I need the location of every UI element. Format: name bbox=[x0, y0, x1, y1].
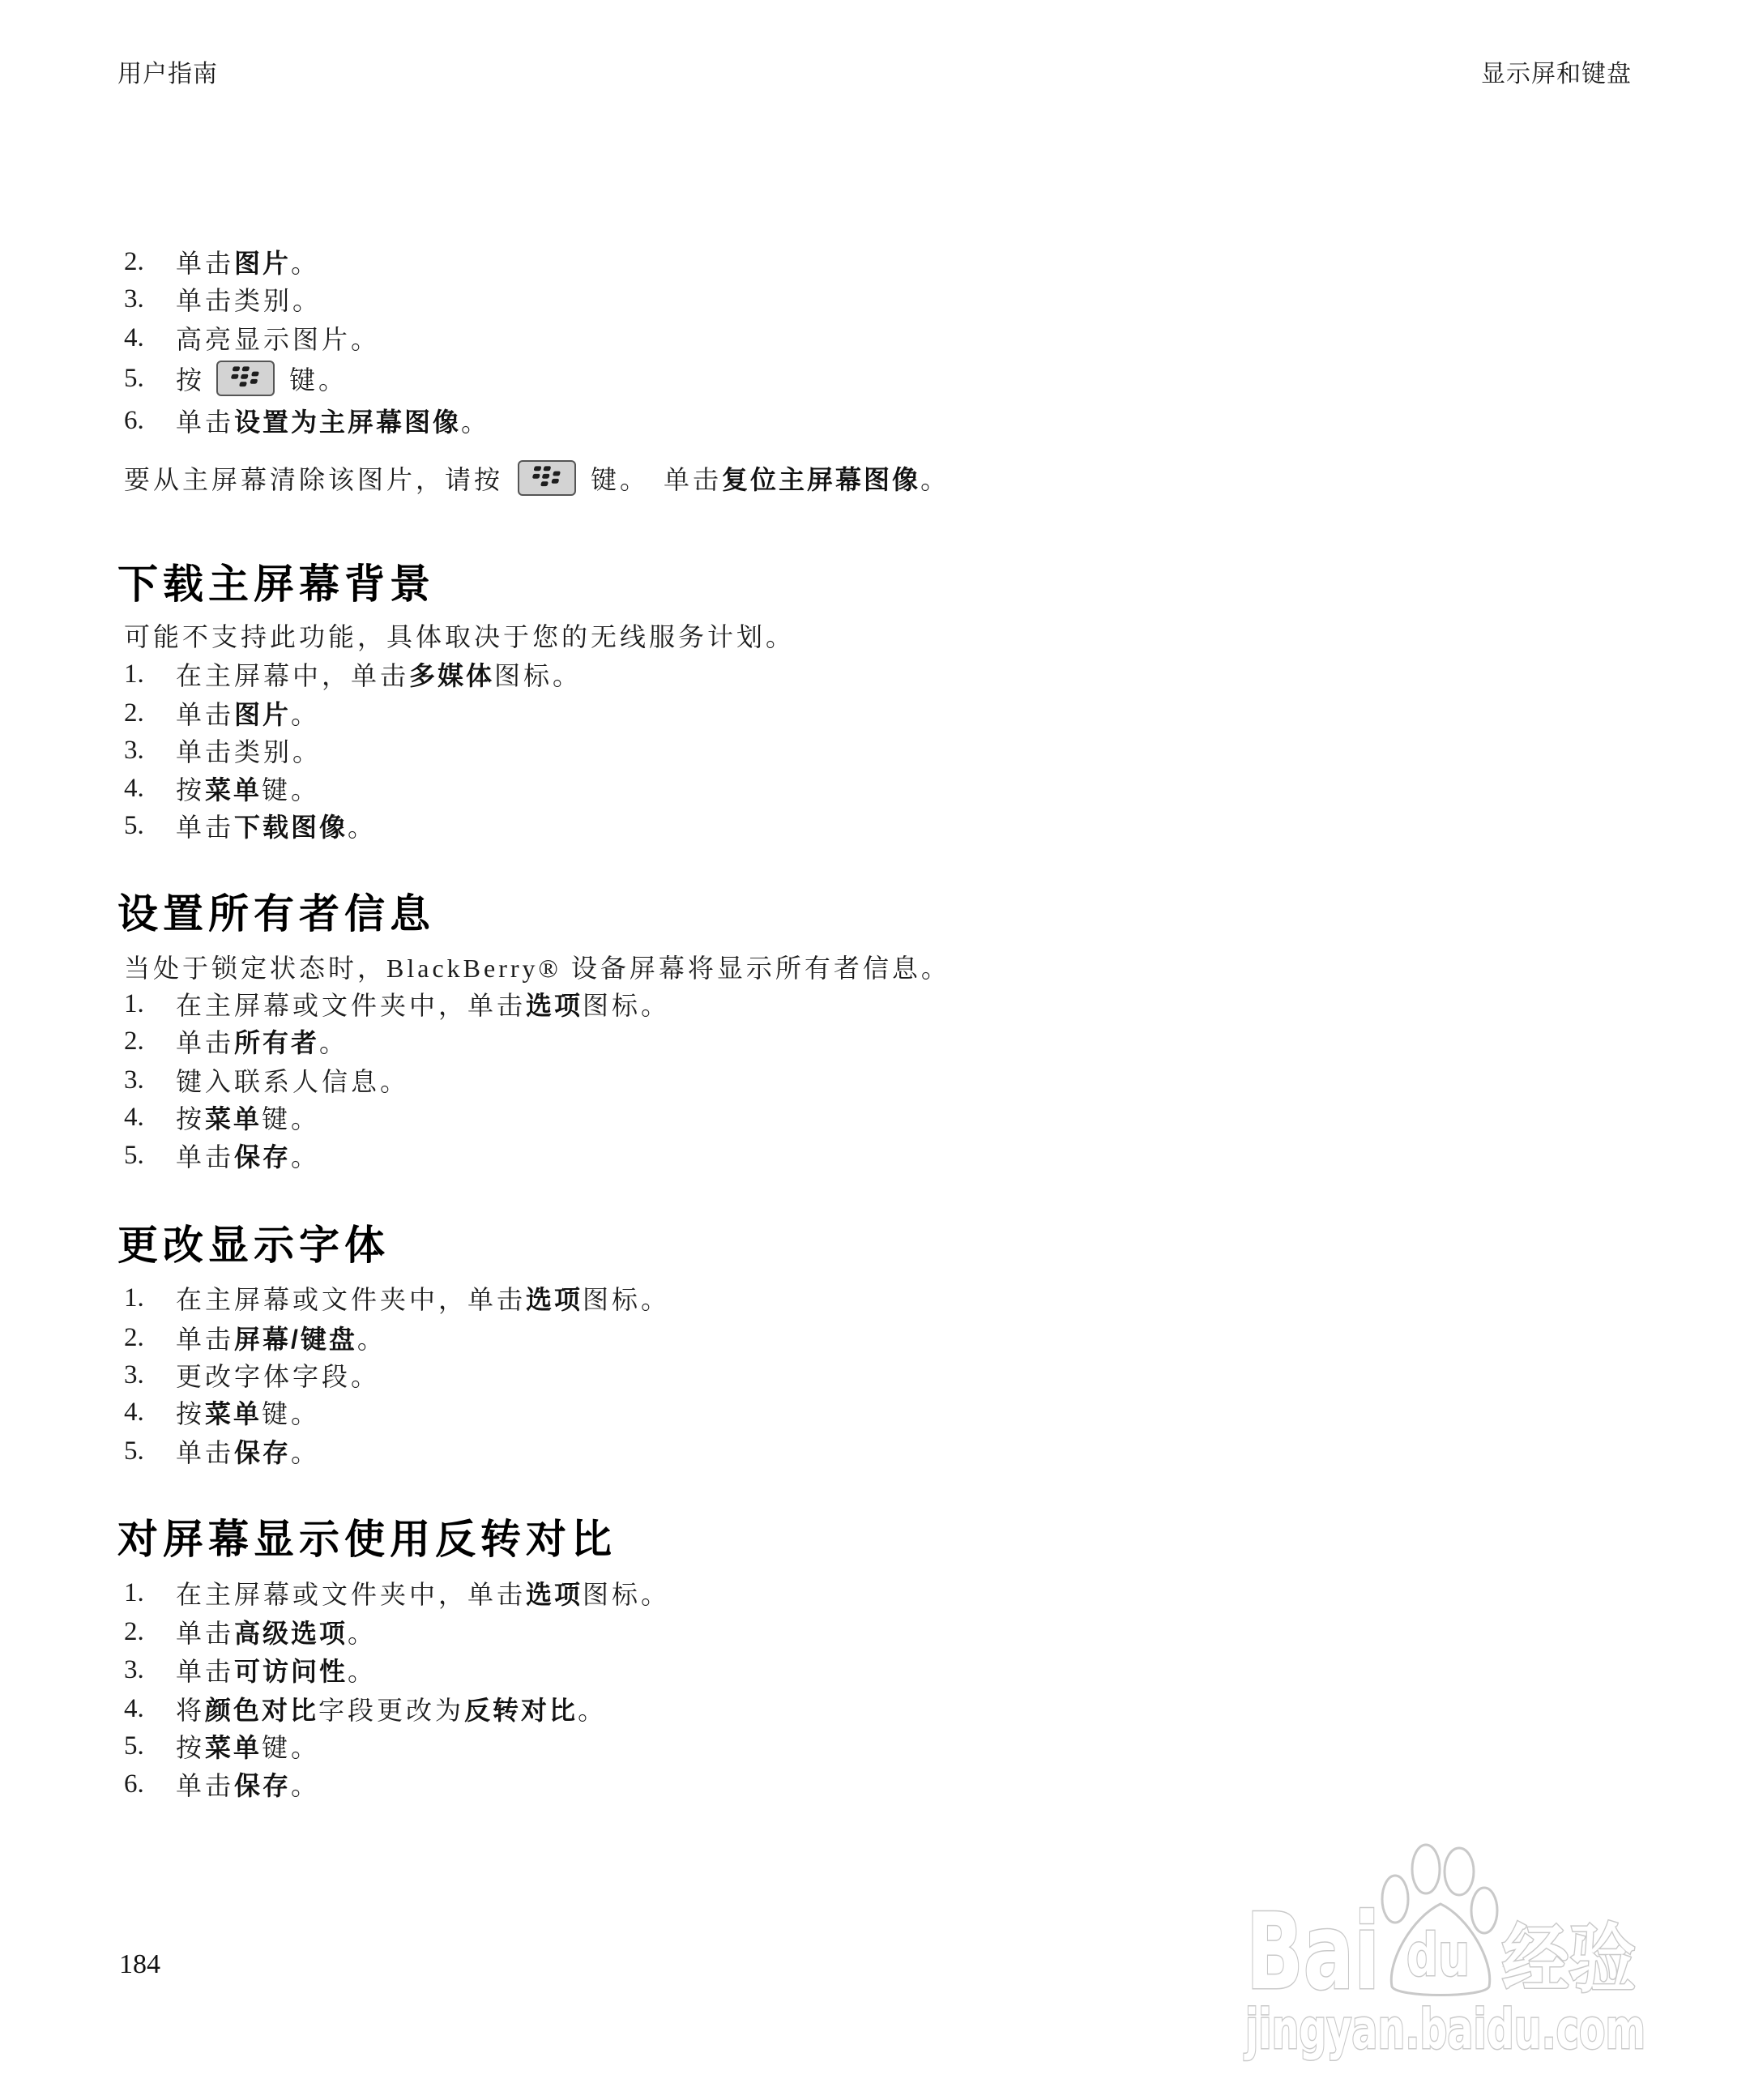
step-text: 单击 bbox=[176, 1022, 234, 1060]
step-text: 在主屏幕中，单击 bbox=[176, 655, 409, 693]
step-number: 5. bbox=[124, 364, 176, 394]
step-number: 1. bbox=[124, 1578, 176, 1608]
section-description: 当处于锁定状态时，BlackBerry® 设备屏幕将显示所有者信息。 bbox=[124, 947, 950, 986]
step-item: 3. 更改字体字段。 bbox=[124, 1355, 380, 1394]
step-text: 图标。 bbox=[583, 1574, 670, 1611]
step-text: 按 bbox=[176, 1394, 205, 1431]
step-text: 。 bbox=[348, 807, 377, 844]
step-text: 将 bbox=[176, 1690, 205, 1727]
watermark-url: jingyan.baidu.com bbox=[1244, 1998, 1645, 2062]
watermark-paw-text: du bbox=[1406, 1921, 1470, 1989]
step-number: 4. bbox=[124, 1103, 176, 1133]
step-item: 5. 单击 保存 。 bbox=[124, 1432, 320, 1470]
step-text: 。 bbox=[348, 1651, 377, 1688]
step-text: 。 bbox=[291, 694, 320, 732]
baidu-jingyan-watermark: Bai du 经验 jingyan.baidu.com bbox=[1240, 1839, 1661, 2070]
step-text: 单击 bbox=[176, 694, 234, 732]
step-item: 2. 单击 图片 。 bbox=[124, 694, 320, 732]
step-text: 。 bbox=[291, 243, 320, 280]
watermark-suffix: 经验 bbox=[1502, 1916, 1636, 2003]
step-text: 键。 bbox=[262, 1394, 320, 1431]
step-text: 单击类别。 bbox=[176, 732, 322, 769]
ui-term: 选项 bbox=[526, 985, 583, 1022]
step-text: 按 bbox=[176, 770, 205, 807]
note-text: 单击 bbox=[664, 459, 722, 497]
step-text: 。 bbox=[319, 1022, 348, 1060]
step-item: 3. 单击 可访问性 。 bbox=[124, 1650, 377, 1689]
step-text: 。 bbox=[291, 1432, 320, 1470]
ui-term: 图片 bbox=[234, 243, 291, 280]
step-number: 5. bbox=[124, 1731, 176, 1761]
step-text: 单击 bbox=[176, 1319, 234, 1356]
description-text: 当处于锁定状态时，BlackBerry® 设备屏幕将显示所有者信息。 bbox=[124, 948, 950, 985]
section-description: 可能不支持此功能，具体取决于您的无线服务计划。 bbox=[124, 616, 795, 655]
ui-term: 屏幕/键盘 bbox=[234, 1319, 357, 1356]
step-item: 5. 单击 保存 。 bbox=[124, 1136, 320, 1175]
step-number: 5. bbox=[124, 811, 176, 841]
step-number: 3. bbox=[124, 1065, 176, 1095]
step-number: 3. bbox=[124, 1360, 176, 1390]
step-text: 字段更改为 bbox=[318, 1690, 464, 1727]
step-text: 图标。 bbox=[583, 985, 670, 1022]
ui-term: 可访问性 bbox=[234, 1651, 348, 1688]
blackberry-menu-key-icon bbox=[518, 460, 576, 496]
step-number: 3. bbox=[124, 1655, 176, 1685]
step-item: 1. 在主屏幕或文件夹中，单击 选项 图标。 bbox=[124, 1573, 670, 1612]
step-number: 3. bbox=[124, 736, 176, 766]
step-text: 单击 bbox=[176, 1432, 234, 1470]
watermark-brand: Bai bbox=[1246, 1890, 1380, 2013]
step-text: 按 bbox=[176, 360, 205, 397]
ui-term: 菜单 bbox=[205, 1394, 262, 1431]
step-text: 更改字体字段。 bbox=[176, 1356, 380, 1394]
step-item: 2. 单击 图片 。 bbox=[124, 242, 320, 281]
ui-term: 颜色对比 bbox=[205, 1690, 318, 1727]
step-text: 。 bbox=[357, 1319, 386, 1356]
step-item: 2. 单击 所有者 。 bbox=[124, 1022, 348, 1061]
step-item: 5. 按 键。 bbox=[124, 359, 348, 398]
header-guide-title: 用户指南 bbox=[117, 58, 218, 91]
step-text: 在主屏幕或文件夹中，单击 bbox=[176, 1279, 526, 1317]
step-item: 4. 高亮显示图片。 bbox=[124, 318, 380, 357]
step-text: 键入联系人信息。 bbox=[176, 1061, 409, 1099]
ui-term: 复位主屏幕图像 bbox=[722, 459, 920, 497]
step-text: 。 bbox=[578, 1690, 607, 1727]
step-number: 3. bbox=[124, 284, 176, 314]
step-number: 4. bbox=[124, 1398, 176, 1428]
step-item: 4. 按 菜单 键。 bbox=[124, 769, 320, 808]
ui-term: 选项 bbox=[526, 1574, 583, 1611]
step-item: 6. 单击 保存 。 bbox=[124, 1765, 320, 1803]
step-item: 6. 单击 设置为主屏幕图像 。 bbox=[124, 401, 490, 440]
ui-term: 选项 bbox=[526, 1279, 583, 1317]
step-text: 键。 bbox=[262, 1727, 320, 1765]
header-chapter-title: 显示屏和键盘 bbox=[1481, 58, 1632, 91]
step-text: 图标。 bbox=[583, 1279, 670, 1317]
step-text: 。 bbox=[461, 402, 490, 439]
step-number: 1. bbox=[124, 659, 176, 689]
step-number: 1. bbox=[124, 989, 176, 1019]
step-item: 2. 单击 屏幕/键盘 。 bbox=[124, 1318, 386, 1357]
step-text: 按 bbox=[176, 1727, 205, 1765]
ui-term: 下载图像 bbox=[234, 807, 348, 844]
step-text: 在主屏幕或文件夹中，单击 bbox=[176, 985, 526, 1022]
step-number: 6. bbox=[124, 406, 176, 436]
step-item: 5. 按 菜单 键。 bbox=[124, 1727, 320, 1765]
description-text: 可能不支持此功能，具体取决于您的无线服务计划。 bbox=[124, 617, 795, 654]
step-text: 单击类别。 bbox=[176, 280, 322, 318]
ui-term: 图片 bbox=[234, 694, 291, 732]
step-text: 高亮显示图片。 bbox=[176, 319, 380, 356]
step-number: 5. bbox=[124, 1436, 176, 1466]
step-text: 单击 bbox=[176, 807, 234, 844]
step-text: 单击 bbox=[176, 402, 234, 439]
ui-term: 保存 bbox=[234, 1432, 291, 1470]
step-text: 。 bbox=[348, 1613, 377, 1650]
section-heading: 更改显示字体 bbox=[117, 1221, 390, 1270]
page-number: 184 bbox=[119, 1945, 160, 1984]
ui-term: 保存 bbox=[234, 1137, 291, 1174]
step-item: 5. 单击 下载图像 。 bbox=[124, 806, 377, 845]
section-heading: 下载主屏幕背景 bbox=[117, 560, 435, 608]
step-text: 键。 bbox=[289, 360, 348, 397]
step-text: 单击 bbox=[176, 1765, 234, 1803]
step-number: 2. bbox=[124, 1323, 176, 1353]
step-text: 单击 bbox=[176, 243, 234, 280]
ui-term: 菜单 bbox=[205, 1099, 262, 1136]
step-text: 键。 bbox=[262, 770, 320, 807]
step-item: 4. 按 菜单 键。 bbox=[124, 1393, 320, 1432]
step-text: 。 bbox=[291, 1137, 320, 1174]
ui-term: 菜单 bbox=[205, 770, 262, 807]
step-item: 2. 单击 高级选项 。 bbox=[124, 1612, 377, 1651]
ui-term: 保存 bbox=[234, 1765, 291, 1803]
ui-term: 反转对比 bbox=[464, 1690, 578, 1727]
note-text: 要从主屏幕清除该图片，请按 bbox=[124, 459, 503, 497]
step-number: 2. bbox=[124, 1027, 176, 1056]
ui-term: 所有者 bbox=[234, 1022, 319, 1060]
note-paragraph: 要从主屏幕清除该图片，请按 键。 单击 复位主屏幕图像 。 bbox=[124, 459, 950, 497]
note-text: 。 bbox=[920, 459, 950, 497]
step-text: 在主屏幕或文件夹中，单击 bbox=[176, 1574, 526, 1611]
step-text: 单击 bbox=[176, 1137, 234, 1174]
step-item: 1. 在主屏幕中，单击 多媒体 图标。 bbox=[124, 655, 582, 694]
step-number: 1. bbox=[124, 1283, 176, 1313]
step-text: 单击 bbox=[176, 1651, 234, 1688]
step-text: 键。 bbox=[262, 1099, 320, 1136]
step-item: 3. 单击类别。 bbox=[124, 731, 322, 770]
step-text: 单击 bbox=[176, 1613, 234, 1650]
step-item: 4. 按 菜单 键。 bbox=[124, 1098, 320, 1137]
step-number: 6. bbox=[124, 1769, 176, 1799]
ui-term: 设置为主屏幕图像 bbox=[234, 402, 461, 439]
step-number: 2. bbox=[124, 1617, 176, 1647]
step-item: 3. 单击类别。 bbox=[124, 280, 322, 318]
step-number: 4. bbox=[124, 774, 176, 804]
ui-term: 菜单 bbox=[205, 1727, 262, 1765]
ui-term: 高级选项 bbox=[234, 1613, 348, 1650]
step-text: 图标。 bbox=[494, 655, 582, 693]
section-heading: 对屏幕显示使用反转对比 bbox=[117, 1515, 617, 1564]
step-item: 4. 将 颜色对比 字段更改为 反转对比 。 bbox=[124, 1689, 607, 1728]
step-text: 按 bbox=[176, 1099, 205, 1136]
step-number: 4. bbox=[124, 323, 176, 353]
step-item: 1. 在主屏幕或文件夹中，单击 选项 图标。 bbox=[124, 984, 670, 1023]
step-item: 1. 在主屏幕或文件夹中，单击 选项 图标。 bbox=[124, 1278, 670, 1317]
step-item: 3. 键入联系人信息。 bbox=[124, 1061, 409, 1099]
step-text: 。 bbox=[291, 1765, 320, 1803]
ui-term: 多媒体 bbox=[409, 655, 494, 693]
step-number: 4. bbox=[124, 1694, 176, 1724]
step-number: 5. bbox=[124, 1141, 176, 1171]
note-text: 键。 bbox=[591, 459, 649, 497]
section-heading: 设置所有者信息 bbox=[117, 890, 435, 938]
step-number: 2. bbox=[124, 698, 176, 728]
step-number: 2. bbox=[124, 247, 176, 277]
blackberry-menu-key-icon bbox=[216, 361, 275, 396]
